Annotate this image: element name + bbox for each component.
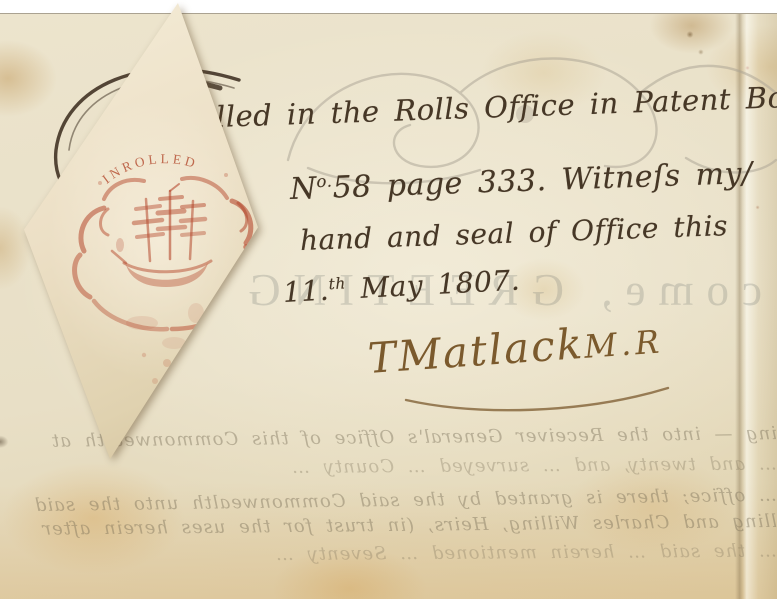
svg-text:INROLLED: INROLLED [99,151,200,186]
ship-icon [112,184,211,287]
date-day-sup: th [328,274,346,293]
signature-underline-flourish-icon [398,384,678,420]
date-day: 11. [282,274,330,309]
inrolled-seal-stamp: INROLLED [24,3,258,459]
signature-office-initials: M.R [583,322,664,365]
patent-book-no-sup: o. [316,172,333,192]
seal-ink-smudges [98,173,228,417]
wafer-seal-paper: INROLLED [24,3,258,459]
photo-frame: come, GREETING lled in the Rolls Office … [0,0,777,599]
patent-book-no: N [289,171,317,207]
seal-arc-label: INROLLED [99,151,200,186]
wafer-diamond: INROLLED [24,3,258,459]
